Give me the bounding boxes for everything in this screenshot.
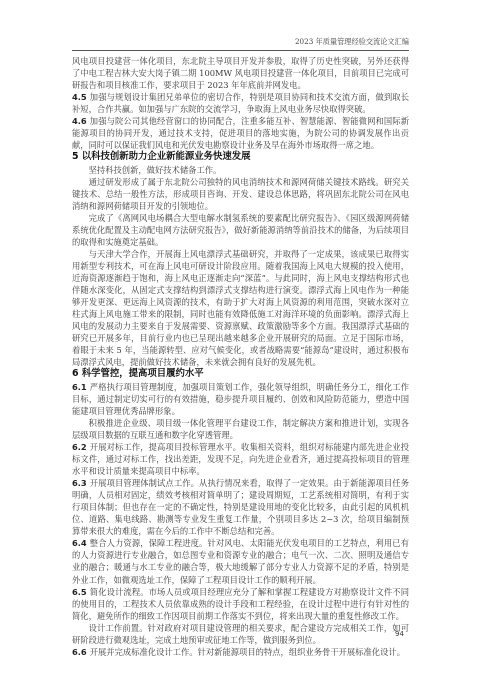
paragraph: 与天津大学合作，开展海上风电漂浮式基础研究，并取得了一定成果，该成果已取得实用新… (72, 248, 409, 368)
section-text: 严格执行项目管理制度，加强项目策划工作，强化领导组织，明确任务分工，细化工作目标… (72, 382, 409, 416)
section-text: 开展对标工作，提高项目投标管理水平。收集相关资料，组织对标能建内部先进企业投标文… (72, 442, 409, 476)
header-divider (72, 50, 409, 51)
section-number: 4.6 (72, 116, 87, 126)
section-text: 简化设计流程。市场人员或项目经理应充分了解和掌握工程建设方对勘察设计文件不同的使… (72, 587, 409, 621)
paragraph: 风电项目投建营一体化项目，东北院主导项目开发并参股，取得了历史性突破，另外还获得… (72, 55, 409, 91)
running-header: 2023 年质量管理经验交流论文汇编 (72, 37, 409, 47)
section-text: 开展并完成标准化设计工作。针对新能源项目的特点，组织业务骨干开展标准化设计。 (90, 647, 405, 657)
section-4-6: 4.6加强与院公司其他经营窗口的协同配合，注重多能互补、智慧能源、智能微网和国际… (72, 115, 409, 151)
heading-section-6: 6 科学管控，提高项目履约水平 (72, 368, 409, 380)
paragraph: 完成了《离网风电场耦合大型电解水制氢系统的要素配比研究报告》、《园区级源网荷储系… (72, 212, 409, 248)
section-text: 开展项目管理体制试点工作。从执行情况来看，取得了一定效果。由于新能源项目任务明确… (72, 478, 409, 536)
page-number: 94 (395, 630, 404, 638)
section-number: 6.2 (72, 442, 87, 452)
paragraph: 积极推进企业级、项目级一体化管理平台建设工作，制定解决方案和推进计划，实现各层级… (72, 417, 409, 441)
paragraph: 坚持科技创新，做好技术储备工作。 (72, 164, 409, 176)
section-6-1: 6.1严格执行项目管理制度，加强项目策划工作，强化领导组织，明确任务分工，细化工… (72, 381, 409, 417)
section-6-2: 6.2开展对标工作，提高项目投标管理水平。收集相关资料，组织对标能建内部先进企业… (72, 441, 409, 477)
section-6-6: 6.6开展并完成标准化设计工作。针对新能源项目的特点，组织业务骨干开展标准化设计… (72, 646, 409, 658)
section-text: 加强与规划设计集团兄弟单位的密切合作，特别是项目协同和技术交流方面，做到取长补短… (72, 92, 409, 114)
section-6-3: 6.3开展项目管理体制试点工作。从执行情况来看，取得了一定效果。由于新能源项目任… (72, 477, 409, 537)
paragraph: 设计工作前置。针对政府对项目建设管理的相关要求，配合建设方完成相关工作，如可研阶… (72, 622, 409, 646)
section-number: 6.6 (72, 647, 87, 657)
section-6-4: 6.4整合人力资源，保障工程进度。针对风电、太阳能光伏发电项目的工艺特点，利用已… (72, 537, 409, 585)
section-number: 6.4 (72, 538, 87, 548)
section-number: 6.3 (72, 478, 87, 488)
section-number: 6.1 (72, 382, 87, 392)
section-text: 加强与院公司其他经营窗口的协同配合，注重多能互补、智慧能源、智能微网和国际新能源… (72, 116, 409, 150)
section-6-5: 6.5简化设计流程。市场人员或项目经理应充分了解和掌握工程建设方对勘察设计文件不… (72, 586, 409, 622)
section-text: 整合人力资源，保障工程进度。针对风电、太阳能光伏发电项目的工艺特点，利用已有的人… (72, 538, 409, 584)
page-body: 风电项目投建营一体化项目，东北院主导项目开发并参股，取得了历史性突破，另外还获得… (72, 55, 409, 658)
section-number: 6.5 (72, 587, 87, 597)
heading-section-5: 5 以科技创新助力企业新能源业务快速发展 (72, 151, 409, 163)
section-number: 4.5 (72, 92, 87, 102)
section-4-5: 4.5加强与规划设计集团兄弟单位的密切合作，特别是项目协同和技术交流方面，做到取… (72, 91, 409, 115)
paragraph: 通过研发形成了属于东北院公司独特的风电消纳技术和源网荷储关键技术路线。研究关键技… (72, 176, 409, 212)
